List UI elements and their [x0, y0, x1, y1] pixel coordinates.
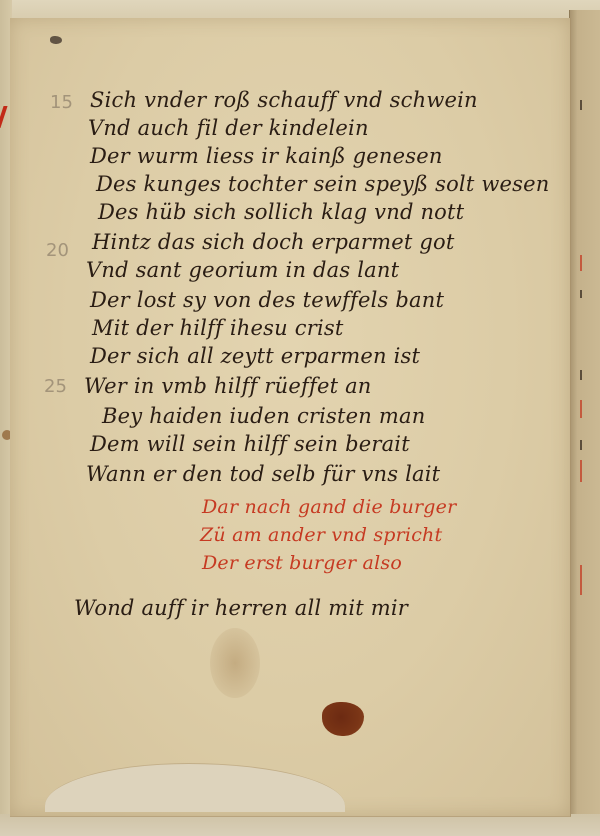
bleed-through-stroke	[580, 290, 582, 298]
bleed-through-stroke	[580, 440, 582, 450]
red-ink-mark	[0, 106, 8, 128]
manuscript-scene: 15 20 25 Sich vnder roß schauff vnd schw…	[0, 0, 600, 836]
verse-line: Hintz das sich doch erparmet got	[92, 230, 455, 254]
verse-line: Der wurm liess ir kainß genesen	[90, 144, 443, 168]
verse-line: Mit der hilff ihesu crist	[92, 316, 343, 340]
water-smudge	[210, 628, 260, 698]
verse-line: Dem will sein hilff sein berait	[90, 432, 410, 456]
verse-line: Bey haiden iuden cristen man	[102, 404, 425, 428]
rubric-line: Dar nach gand die burger	[202, 496, 456, 518]
bleed-through-stroke	[580, 370, 582, 380]
bleed-through-red-stroke	[580, 565, 582, 595]
verse-line: Wond auff ir herren all mit mir	[74, 596, 408, 620]
verse-line: Wann er den tod selb für vns lait	[86, 462, 440, 486]
verse-line: Vnd auch fil der kindelein	[88, 116, 369, 140]
underlying-page-top-edge	[0, 0, 600, 20]
verse-line: Sich vnder roß schauff vnd schwein	[90, 88, 478, 112]
bleed-through-red-stroke	[580, 255, 582, 271]
verse-line: Des kunges tochter sein speyß solt wesen	[96, 172, 549, 196]
bleed-through-red-stroke	[580, 400, 582, 418]
verse-line: Des hüb sich sollich klag vnd nott	[98, 200, 464, 224]
verse-line: Vnd sant georium in das lant	[86, 258, 399, 282]
torn-bottom-edge	[45, 763, 345, 812]
verse-line: Wer in vmb hilff rüeffet an	[84, 374, 372, 398]
manuscript-folio: 15 20 25 Sich vnder roß schauff vnd schw…	[10, 18, 571, 817]
verse-line: Der sich all zeytt erparmen ist	[90, 344, 420, 368]
rubric-line: Der erst burger also	[202, 552, 402, 574]
line-number: 20	[46, 240, 69, 261]
verse-line: Der lost sy von des tewffels bant	[90, 288, 444, 312]
underlying-page-bottom-edge	[0, 814, 600, 836]
bleed-through-stroke	[580, 100, 582, 110]
ink-blot	[50, 36, 62, 44]
line-number: 15	[50, 92, 73, 113]
brown-stain	[322, 702, 364, 736]
line-number: 25	[44, 376, 67, 397]
bleed-through-red-stroke	[580, 460, 582, 482]
rubric-line: Zü am ander vnd spricht	[200, 524, 442, 546]
facing-page-edge	[569, 10, 600, 836]
